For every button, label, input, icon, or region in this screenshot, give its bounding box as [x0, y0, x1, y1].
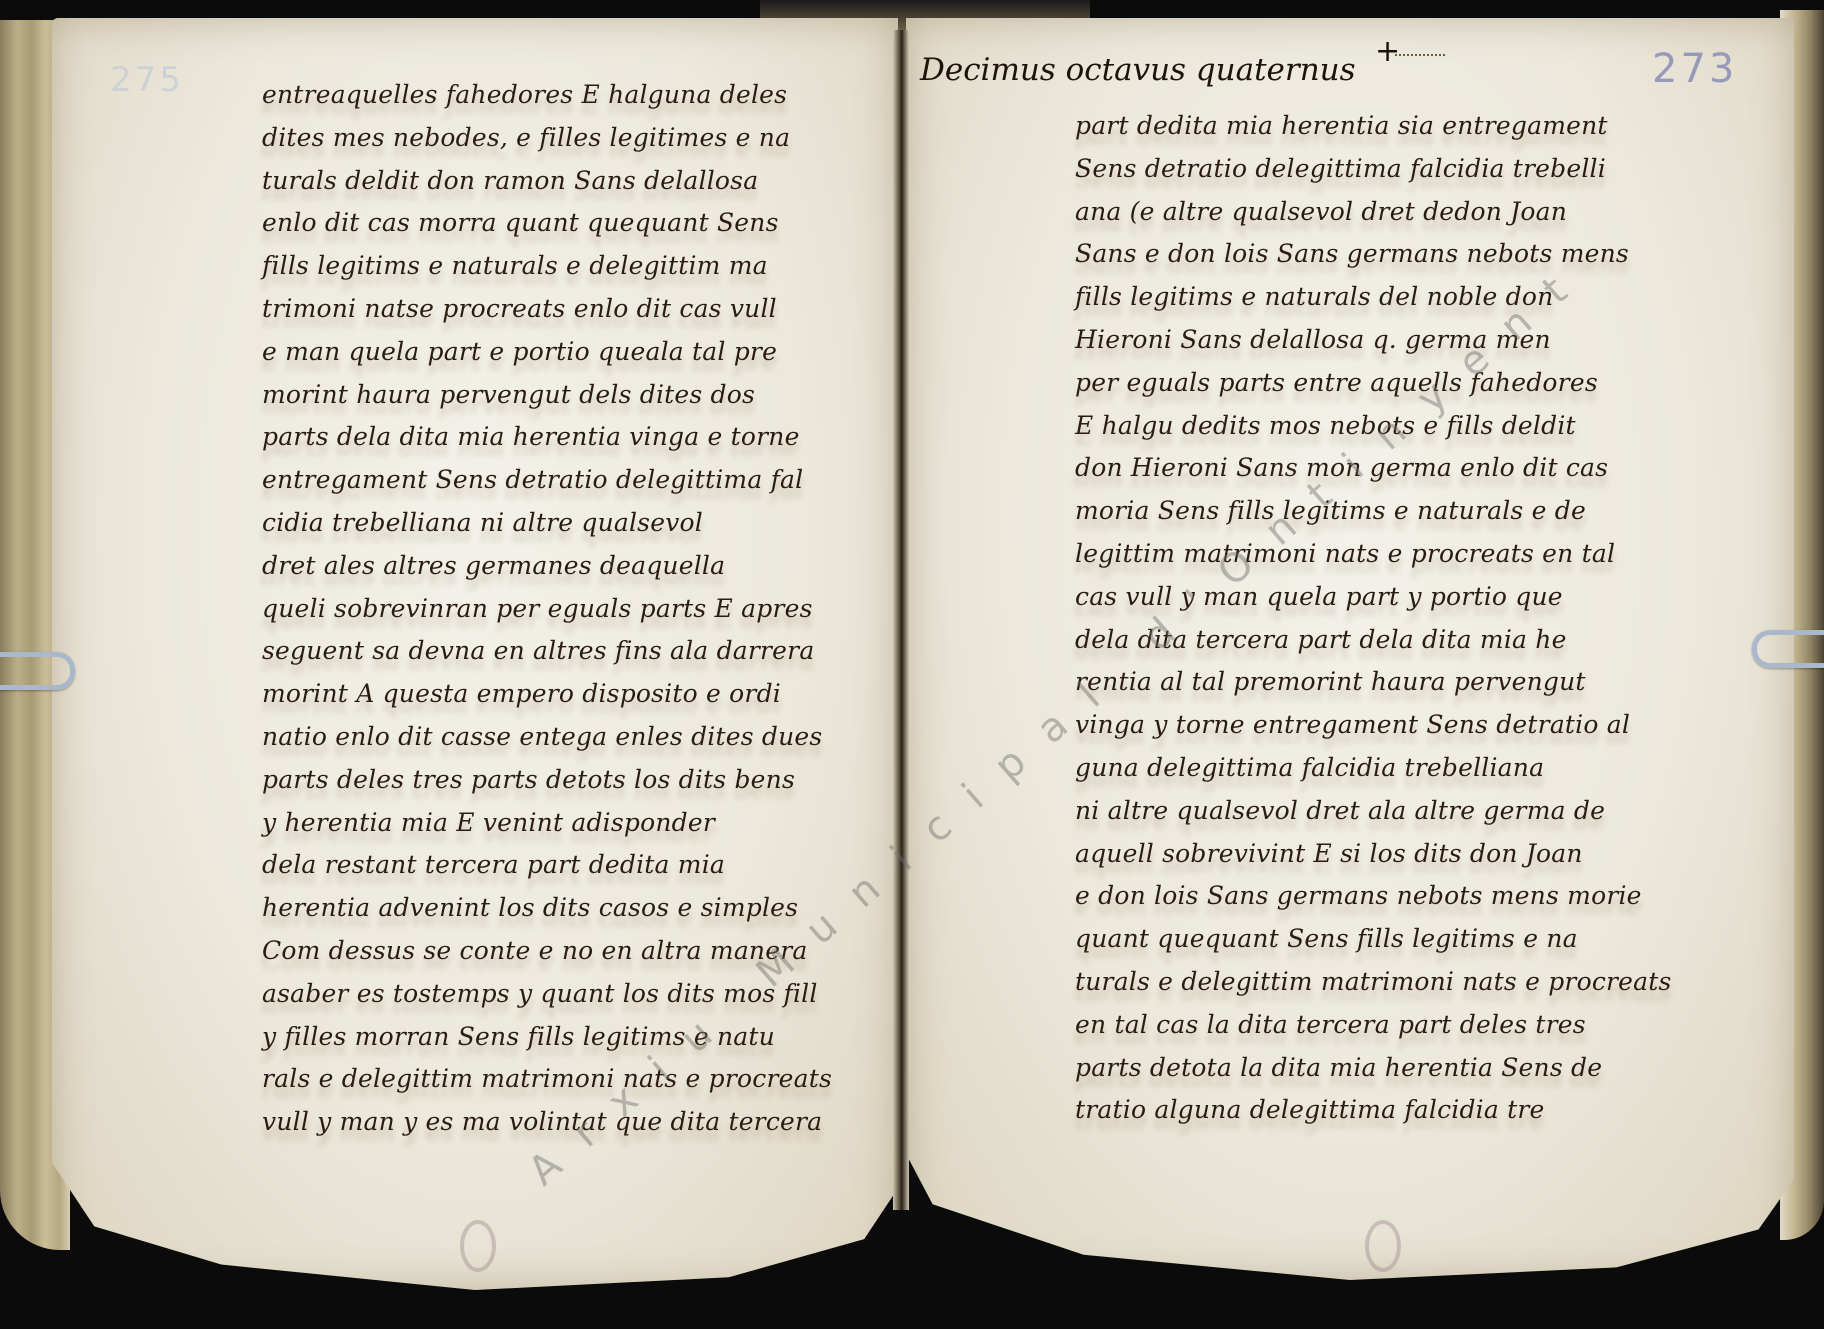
manuscript-line: seguent sa devna en altres fins ala darr… — [262, 630, 842, 673]
manuscript-line: quant quequant Sens fills legitims e na — [1075, 918, 1675, 961]
manuscript-line: fills legitims e naturals e delegittim m… — [262, 245, 842, 288]
ink-stain — [1365, 1220, 1401, 1272]
manuscript-line: e man quela part e portio queala tal pre — [262, 331, 842, 374]
manuscript-line: herentia advenint los dits casos e simpl… — [262, 887, 842, 930]
manuscript-line: turals deldit don ramon Sans delallosa — [262, 160, 842, 203]
manuscript-line: Sens detratio delegittima falcidia trebe… — [1075, 148, 1675, 191]
manuscript-line: ni altre qualsevol dret ala altre germa … — [1075, 790, 1675, 833]
manuscript-line: queli sobrevinran per eguals parts E apr… — [262, 588, 842, 631]
manuscript-line: parts deles tres parts detots los dits b… — [262, 759, 842, 802]
book-gutter — [893, 30, 909, 1210]
manuscript-line: vinga y torne entregament Sens detratio … — [1075, 704, 1675, 747]
manuscript-line: rentia al tal premorint haura pervengut — [1075, 661, 1675, 704]
manuscript-line: part dedita mia herentia sia entregament — [1075, 105, 1675, 148]
cross-dash-line — [1395, 54, 1445, 56]
manuscript-line: aquell sobrevivint E si los dits don Joa… — [1075, 833, 1675, 876]
manuscript-line: parts dela dita mia herentia vinga e tor… — [262, 416, 842, 459]
manuscript-line: dites mes nebodes, e filles legitimes e … — [262, 117, 842, 160]
manuscript-line: dela restant tercera part dedita mia — [262, 844, 842, 887]
manuscript-line: entregament Sens detratio delegittima fa… — [262, 459, 842, 502]
manuscript-line: parts detota la dita mia herentia Sens d… — [1075, 1047, 1675, 1090]
left-folio-number: 275 — [110, 60, 184, 100]
manuscript-spread: 275 273 Decimus octavus quaternus + entr… — [0, 0, 1824, 1329]
manuscript-line: turals e delegittim matrimoni nats e pro… — [1075, 961, 1675, 1004]
manuscript-line: per eguals parts entre aquells fahedores — [1075, 362, 1675, 405]
paperclip-icon — [0, 652, 75, 690]
manuscript-line: Hieroni Sans delallosa q. germa men — [1075, 319, 1675, 362]
manuscript-line: y filles morran Sens fills legitims e na… — [262, 1016, 842, 1059]
manuscript-line: y herentia mia E venint adisponder — [262, 802, 842, 845]
manuscript-line: moria Sens fills legitims e naturals e d… — [1075, 490, 1675, 533]
manuscript-line: rals e delegittim matrimoni nats e procr… — [262, 1058, 842, 1101]
cross-icon: + — [1375, 34, 1400, 69]
manuscript-line: morint A questa empero disposito e ordi — [262, 673, 842, 716]
right-folio-number: 273 — [1652, 46, 1737, 92]
manuscript-line: e don lois Sans germans nebots mens mori… — [1075, 875, 1675, 918]
manuscript-line: natio enlo dit casse entega enles dites … — [262, 716, 842, 759]
manuscript-line: ana (e altre qualsevol dret dedon Joan — [1075, 191, 1675, 234]
manuscript-line: legittim matrimoni nats e procreats en t… — [1075, 533, 1675, 576]
manuscript-line: cidia trebelliana ni altre qualsevol — [262, 502, 842, 545]
manuscript-line: guna delegittima falcidia trebelliana — [1075, 747, 1675, 790]
manuscript-line: morint haura pervengut dels dites dos — [262, 374, 842, 417]
manuscript-line: enlo dit cas morra quant quequant Sens — [262, 202, 842, 245]
paperclip-icon — [1752, 630, 1824, 668]
quire-heading: Decimus octavus quaternus — [920, 52, 1356, 88]
manuscript-line: dret ales altres germanes deaquella — [262, 545, 842, 588]
manuscript-line: en tal cas la dita tercera part deles tr… — [1075, 1004, 1675, 1047]
manuscript-line: tratio alguna delegittima falcidia tre — [1075, 1089, 1675, 1132]
ink-stain — [460, 1220, 496, 1272]
manuscript-line: entreaquelles fahedores E halguna deles — [262, 74, 842, 117]
manuscript-line: trimoni natse procreats enlo dit cas vul… — [262, 288, 842, 331]
